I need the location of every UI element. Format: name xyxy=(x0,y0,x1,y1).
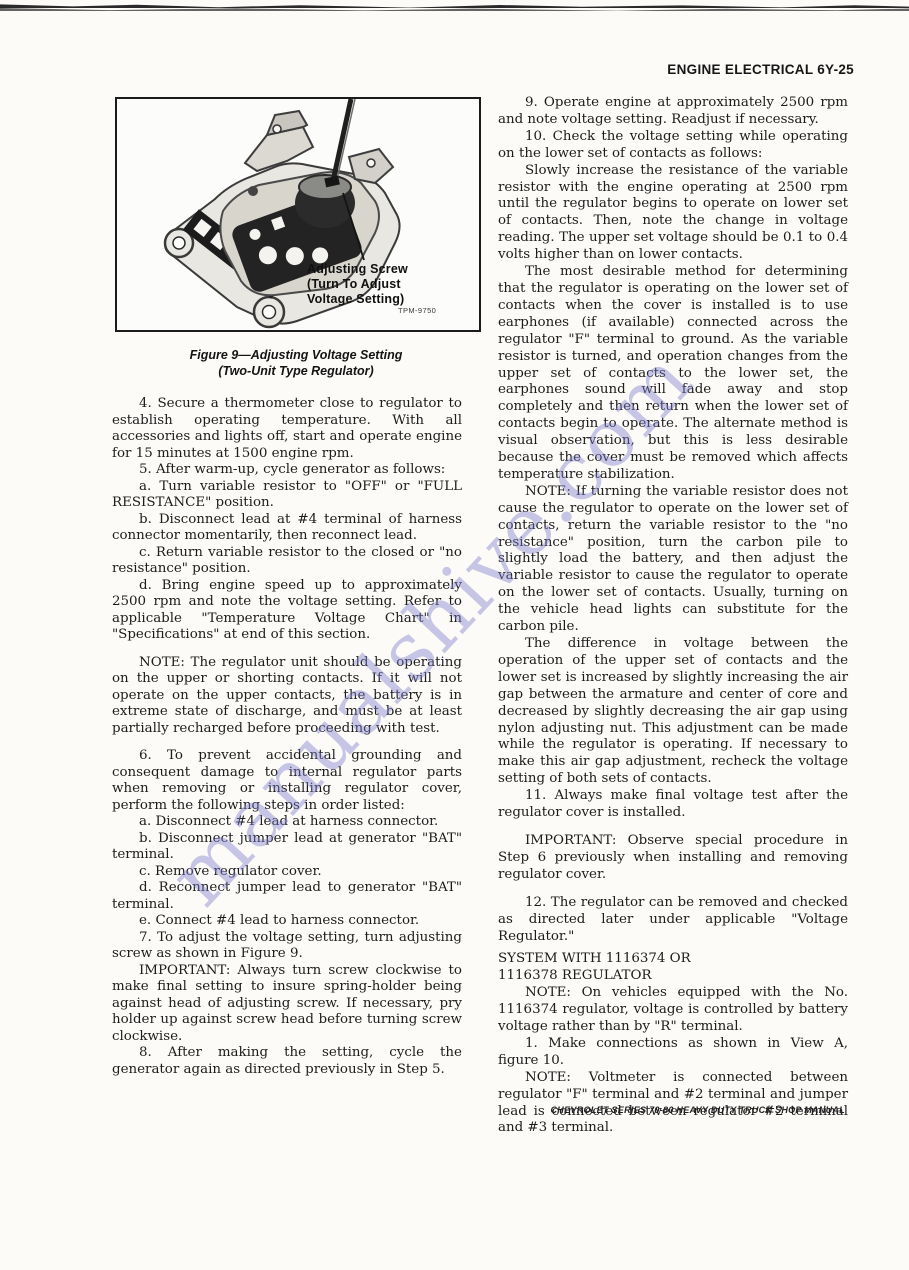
paragraph: NOTE: If turning the variable resistor d… xyxy=(498,484,848,636)
paragraph: 4. Secure a thermometer close to regulat… xyxy=(112,396,462,462)
paragraph: 11. Always make final voltage test after… xyxy=(498,788,848,822)
figure-code: TPM-9750 xyxy=(398,306,436,315)
paragraph: The most desirable method for determinin… xyxy=(498,264,848,484)
paragraph: NOTE: Voltmeter is connected between reg… xyxy=(498,1070,848,1138)
paragraph: b. Disconnect jumper lead at generator "… xyxy=(112,831,462,864)
paragraph: IMPORTANT: Observe special procedure in … xyxy=(498,833,848,884)
paragraph: Slowly increase the resistance of the va… xyxy=(498,163,848,264)
figure-caption-line2: (Two-Unit Type Regulator) xyxy=(115,363,477,379)
left-column: 4. Secure a thermometer close to regulat… xyxy=(112,396,462,1078)
paragraph: 5. After warm-up, cycle generator as fol… xyxy=(112,462,462,479)
paragraph: b. Disconnect lead at #4 terminal of har… xyxy=(112,512,462,545)
paragraph: a. Disconnect #4 lead at harness connect… xyxy=(112,814,462,831)
paragraph: 8. After making the setting, cycle the g… xyxy=(112,1045,462,1078)
adjusting-screw-label-line2: (Turn To Adjust xyxy=(307,277,457,292)
paragraph: IMPORTANT: Always turn screw clockwise t… xyxy=(112,963,462,1046)
paragraph: a. Turn variable resistor to "OFF" or "F… xyxy=(112,479,462,512)
page-header: ENGINE ELECTRICAL 6Y-25 xyxy=(667,62,854,77)
paragraph: 10. Check the voltage setting while oper… xyxy=(498,129,848,163)
paragraph: c. Remove regulator cover. xyxy=(112,864,462,881)
adjusting-screw-label-line1: Adjusting Screw xyxy=(307,262,457,277)
scan-artifact-top-edge-2 xyxy=(0,8,909,11)
paragraph: SYSTEM WITH 1116374 OR 1116378 REGULATOR xyxy=(498,951,848,985)
figure-caption: Figure 9—Adjusting Voltage Setting (Two-… xyxy=(115,347,477,379)
figure-caption-line1: Figure 9—Adjusting Voltage Setting xyxy=(115,347,477,363)
paragraph: 7. To adjust the voltage setting, turn a… xyxy=(112,930,462,963)
paragraph: d. Reconnect jumper lead to generator "B… xyxy=(112,880,462,913)
adjusting-screw-label-line3: Voltage Setting) xyxy=(307,292,457,307)
paragraph: 9. Operate engine at approximately 2500 … xyxy=(498,95,848,129)
page-footer: CHEVROLET SERIES 70-80 HEAVY DUTY TRUCK … xyxy=(550,1105,845,1115)
paragraph: 12. The regulator can be removed and che… xyxy=(498,895,848,946)
paragraph: The difference in voltage between the op… xyxy=(498,636,848,788)
paragraph: c. Return variable resistor to the close… xyxy=(112,545,462,578)
paragraph: 1. Make connections as shown in View A, … xyxy=(498,1036,848,1070)
scan-artifact-top-edge xyxy=(0,4,909,8)
paragraph: NOTE: On vehicles equipped with the No. … xyxy=(498,985,848,1036)
adjusting-screw-label: Adjusting Screw (Turn To Adjust Voltage … xyxy=(307,262,457,307)
paragraph: NOTE: The regulator unit should be opera… xyxy=(112,655,462,738)
paragraph: 6. To prevent accidental grounding and c… xyxy=(112,748,462,814)
right-column: 9. Operate engine at approximately 2500 … xyxy=(498,95,848,1137)
figure-box: Adjusting Screw (Turn To Adjust Voltage … xyxy=(115,97,481,332)
paragraph: d. Bring engine speed up to approximatel… xyxy=(112,578,462,644)
manual-page: manualshive.com ENGINE ELECTRICAL 6Y-25 xyxy=(0,0,909,1270)
paragraph: e. Connect #4 lead to harness connector. xyxy=(112,913,462,930)
